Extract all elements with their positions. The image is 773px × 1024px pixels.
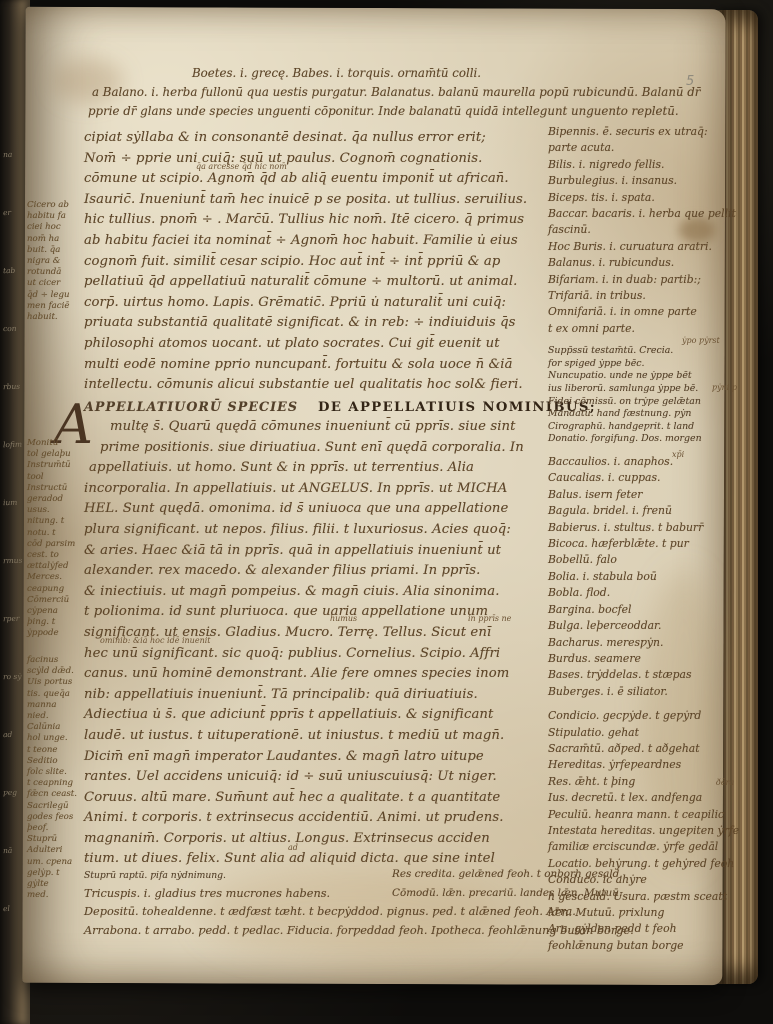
text-line: Biceps. tis. i. spata. bbox=[548, 190, 766, 206]
text-line: HEL. Sunt quędā. omonima. id s̄ uniuoca … bbox=[84, 499, 546, 520]
text-line: Babierus. i. stultus. t baburr̄ bbox=[548, 520, 766, 536]
text-line: hic tullius. pnom̄ ÷ . Marc̄ū. Tullius h… bbox=[84, 210, 546, 231]
edge-text-fragment: ium bbox=[3, 498, 18, 507]
section-heading: APPELLATIUORŪ SPECIESDE APPELLATIUIS NOM… bbox=[84, 396, 554, 415]
edge-text-fragment: el bbox=[3, 904, 10, 913]
text-line: Omnifariā. i. in omne parte bbox=[548, 304, 766, 320]
interlinear-gloss: ominib: &iā hoc idē inuenit̄ bbox=[100, 636, 211, 645]
text-line: & aries. Haec &iā tā in pprīs. quā in ap… bbox=[84, 541, 546, 562]
text-line: Cirographū. handgeƿrit. t land bbox=[548, 421, 766, 434]
text-line: philosophi atomos uocant. ut plato socra… bbox=[84, 334, 546, 355]
text-line: h gesceald. Usura. ƿæstm sceatt bbox=[548, 889, 766, 905]
text-line: Donatio. forgifung. Dos. morgen bbox=[548, 433, 766, 446]
text-line: Bacharus. meresƿẏn. bbox=[548, 635, 766, 651]
text-line: corp̄. uirtus homo. Lapis. Grēmatic̄. Pp… bbox=[84, 293, 546, 314]
right-gloss-column: Bipennis. ē. securis ex utraq̄:parte acu… bbox=[548, 124, 766, 954]
text-line: alexander. rex macedo. & alexander filiu… bbox=[84, 561, 546, 582]
text-line: Bobla. flod. bbox=[548, 585, 766, 601]
edge-text-fragment: ƿeg bbox=[3, 788, 17, 797]
text-line: Coruus. altū mare. Sum̄unt aut̄ hec a qu… bbox=[84, 788, 546, 809]
edge-text-fragment: con bbox=[3, 324, 17, 333]
text-line: parte acuta. bbox=[548, 140, 766, 156]
text-line: pprie dr̄ glans unde species unguenti cō… bbox=[88, 102, 668, 121]
edge-text-fragment: na bbox=[3, 150, 13, 159]
text-line: multę s̄. Quarū quędā cōmunes inueniunt̄… bbox=[84, 417, 546, 438]
text-line: & iniectiuis. ut magn̄ pompeius. & magn̄… bbox=[84, 582, 546, 603]
text-line: Buberges. i. ē siliator. bbox=[548, 684, 766, 700]
text-line: Stipulatio. gehat bbox=[548, 725, 766, 741]
text-line: cipiat sẏllaba & in consonantē desinat. … bbox=[84, 128, 546, 149]
text-line: Bobellū. falo bbox=[548, 552, 766, 568]
text-line: Hoc Buris. i. curuatura aratri. bbox=[548, 239, 766, 255]
text-line: a Balano. i. herba fullonū qua uestis pu… bbox=[92, 83, 668, 102]
text-line bbox=[548, 700, 766, 708]
text-line: Baccar. bacaris. i. herba que pellit bbox=[548, 206, 766, 222]
text-line: Caucalias. i. cuppas. bbox=[548, 470, 766, 486]
text-line: Isauric̄. Inueniunt̄ tam̄ hec inuicē p s… bbox=[84, 190, 546, 211]
text-line: intellectu. cōmunis alicui substantie ue… bbox=[84, 375, 546, 396]
text-line bbox=[548, 446, 766, 454]
gloss-row-left: Depositū. tohealdenne. t ædfæst tæht. t … bbox=[84, 905, 576, 918]
text-line: Nom̄ ÷ pprie uni cuiq̄: suū ut paulus. C… bbox=[84, 149, 546, 170]
text-line: Mandatū. hand fæstnung. ƿẏn bbox=[548, 408, 766, 421]
edge-text-fragment: er bbox=[3, 208, 11, 217]
text-line: magnanim̄. Corporis. ut altius. Longus. … bbox=[84, 829, 546, 850]
text-line: Animi. t corporis. t extrinsecus acciden… bbox=[84, 808, 546, 829]
gloss-row-left: Tricuspis. i. gladius tres mucrones habe… bbox=[84, 887, 330, 900]
text-line: Baccaulios. i. anaphos. bbox=[548, 454, 766, 470]
interlinear-gloss: humus bbox=[330, 614, 357, 623]
edge-text-fragment: tab bbox=[3, 266, 16, 275]
top-gloss-block: Boetes. i. grecę. Babes. i. torquis. orn… bbox=[88, 64, 668, 121]
text-line: Bolia. i. stabula boū bbox=[548, 569, 766, 585]
text-line: tium. ut diues. felix. Sunt alia ad aliq… bbox=[84, 849, 546, 870]
text-line: hec unū significant. sic quoq̄: publius.… bbox=[84, 644, 546, 665]
text-line: Dicim̄ enī magn̄ imperator Laudantes. & … bbox=[84, 747, 546, 768]
text-line: t ex omni parte. bbox=[548, 321, 766, 337]
edge-text-fragment: rper bbox=[3, 614, 20, 623]
text-line: familiæ erciscundæ. ẏrfe gedāl bbox=[548, 839, 766, 855]
text-line: Hereditas. ẏrfeƿeardnes bbox=[548, 757, 766, 773]
text-line: cōmune ut scipio. Agnom̄ q̄d ab aliq̄ eu… bbox=[84, 169, 546, 190]
text-line: Ara. gẏlden ƿedd t feoh bbox=[548, 921, 766, 937]
text-line: rantes. Uel accidens unicuiq̄: id ÷ suū … bbox=[84, 767, 546, 788]
edge-text-fragment: lofim bbox=[3, 440, 22, 449]
interlinear-gloss: in pprīs ne bbox=[468, 614, 511, 623]
edge-text-fragment: rbus bbox=[3, 382, 20, 391]
text-line: canus. unū hominē demonstrant. Alie fere… bbox=[84, 664, 546, 685]
text-line: cognom̄ fuit. similit̄ cesar scipio. Hoc… bbox=[84, 252, 546, 273]
interlinear-gloss: ƿẏni p bbox=[712, 383, 737, 392]
text-line: Balus. isern feter bbox=[548, 487, 766, 503]
interlinear-gloss: xp̄i bbox=[672, 450, 684, 459]
interlinear-gloss: ẏpo ƿẏrst bbox=[682, 336, 720, 345]
text-line bbox=[548, 337, 766, 345]
main-text-paragraph-1: cipiat sẏllaba & in consonantē desinat. … bbox=[84, 128, 546, 396]
text-line: Ius. decretū. t lex. andfenga bbox=[548, 790, 766, 806]
text-line: Locatio. behẏrung. t gehẏred feoh bbox=[548, 856, 766, 872]
text-line: Boetes. i. grecę. Babes. i. torquis. orn… bbox=[192, 64, 668, 83]
manuscript-photo: naertabconrbuslofimiumrmusrperro sẏadƿeg… bbox=[0, 0, 773, 1024]
gloss-row-left: Stuprū raptū. ƿifa nẏdnimung. bbox=[84, 870, 226, 881]
text-line: appellatiuis. ut homo. Sunt & in pprīs. … bbox=[84, 458, 546, 479]
text-line: Conduco. ic ahẏre bbox=[548, 872, 766, 888]
text-line: for sƿiged ẏppe bēc. bbox=[548, 358, 766, 371]
interlinear-gloss: q̄a arcesse q̄d hic nom̄ bbox=[196, 162, 287, 171]
interlinear-gloss: ðēra bbox=[716, 778, 734, 787]
text-line: laudē. ut iustus. t uituperationē. ut in… bbox=[84, 726, 546, 747]
text-line: multi eodē nomine pprio nuncupant̄. fort… bbox=[84, 355, 546, 376]
edge-text-fragment: ad bbox=[3, 730, 13, 739]
interlinear-gloss: ad bbox=[288, 843, 298, 852]
text-line: Sacram̄tū. aðƿed. t aðgehat bbox=[548, 741, 766, 757]
text-line: Nuncupatio. unde ne ẏppe bēt bbox=[548, 370, 766, 383]
text-line: lǣn. Mutuū. ƿrixlung bbox=[548, 905, 766, 921]
text-line: Bases. trẏddelas. t stæpas bbox=[548, 667, 766, 683]
text-line: Fidei cōmissū. on trẏƿe gelǣtan bbox=[548, 396, 766, 409]
text-line: Bifariam. i. in duab: partib:; bbox=[548, 272, 766, 288]
text-line: Burdus. seamere bbox=[548, 651, 766, 667]
text-line: plura significant. ut nepos. filius. fil… bbox=[84, 520, 546, 541]
edge-text-fragment: rmus bbox=[3, 556, 23, 566]
text-line: ab habitu faciei ita nominat̄ ÷ Agnom̄ h… bbox=[84, 231, 546, 252]
text-line: Adiectiua u̇ s̄. que adiciunt̄ pprīs t a… bbox=[84, 705, 546, 726]
text-line: feohlǣnung butan borge bbox=[548, 938, 766, 954]
heading-appellativorum: APPELLATIUORŪ SPECIES bbox=[84, 399, 298, 414]
text-line: Bargina. bocfel bbox=[548, 602, 766, 618]
text-line: Bicoca. hæferblǣte. t pur bbox=[548, 536, 766, 552]
edge-text-fragment: nā bbox=[3, 846, 13, 855]
text-line: incorporalia. In appellatiuis. ut ANGELU… bbox=[84, 479, 546, 500]
edge-text-fragment: ro sẏ bbox=[3, 672, 22, 681]
text-line: Bilis. i. nigredo fellis. bbox=[548, 157, 766, 173]
text-line: Bipennis. ē. securis ex utraq̄: bbox=[548, 124, 766, 140]
text-line: Intestata hereditas. ungeƿiten ẏrfe bbox=[548, 823, 766, 839]
text-line: Bulga. leþerceoddar. bbox=[548, 618, 766, 634]
text-line: Condicio. gecƿẏde. t geƿẏrd bbox=[548, 708, 766, 724]
text-line: Trifariā. in tribus. bbox=[548, 288, 766, 304]
text-line: nib: appellatiuis inueniunt̄. Tā princip… bbox=[84, 685, 546, 706]
text-line: pellatiuū q̄d appellatiuū naturalit̄ cōm… bbox=[84, 272, 546, 293]
text-line: Bagula. bridel. i. frenū bbox=[548, 503, 766, 519]
text-line: prime positionis. siue diriuatiua. Sunt … bbox=[84, 438, 546, 459]
text-line: Balanus. i. rubicundus. bbox=[548, 255, 766, 271]
text-line: Burbulegius. i. insanus. bbox=[548, 173, 766, 189]
text-line: priuata substantiā qualitatē significat.… bbox=[84, 313, 546, 334]
text-line: Peculiū. heanra mann. t ceapilic bbox=[548, 807, 766, 823]
text-line: Supp̄ssū testam̄tū. Crecia. bbox=[548, 345, 766, 358]
text-line: fascinū. bbox=[548, 222, 766, 238]
